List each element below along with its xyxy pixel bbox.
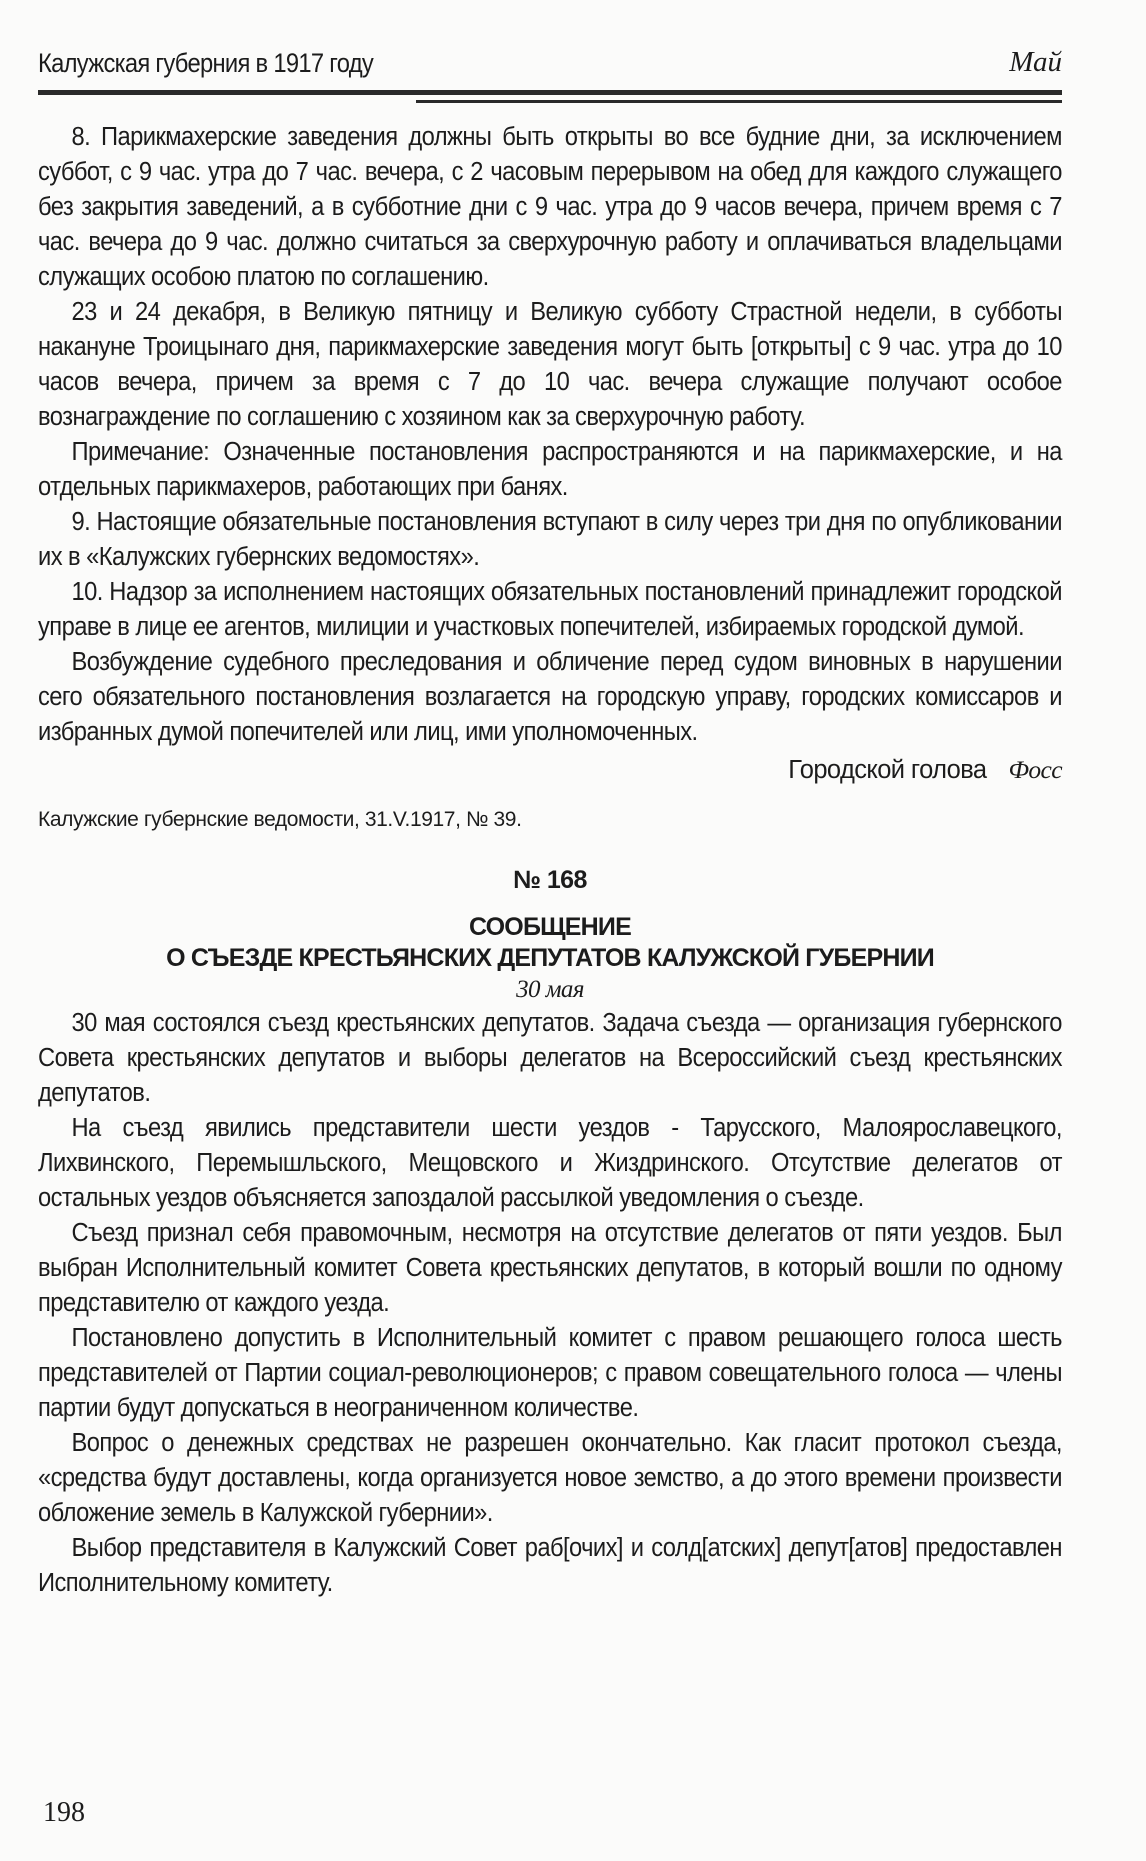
document-title-line2: О СЪЕЗДЕ КРЕСТЬЯНСКИХ ДЕПУТАТОВ КАЛУЖСКО… (38, 943, 1062, 974)
paragraph: 23 и 24 декабря, в Великую пятницу и Вел… (38, 295, 1062, 435)
header-rule-thin (416, 100, 1062, 103)
body-text: 8. Парикмахерские заведения должны быть … (38, 120, 1062, 1601)
paragraph: 8. Парикмахерские заведения должны быть … (38, 120, 1062, 295)
paragraph: Возбуждение судебного преследования и об… (38, 645, 1062, 750)
book-page: Калужская губерния в 1917 году Май 8. Па… (38, 0, 1062, 1861)
signature-name: Фосс (1009, 755, 1063, 784)
signature: Городской головаФосс (38, 750, 1062, 788)
document-title-line1: СООБЩЕНИЕ (38, 912, 1062, 943)
document-number: № 168 (38, 863, 1062, 898)
paragraph: Вопрос о денежных средствах не разрешен … (38, 1426, 1062, 1531)
running-head-month: Май (1009, 46, 1062, 79)
paragraph: Съезд признал себя правомочным, несмотря… (38, 1216, 1062, 1321)
signature-title: Городской голова (788, 756, 986, 784)
paragraph: На съезд явились представители шести уез… (38, 1111, 1062, 1216)
source-citation: Калужские губернские ведомости, 31.V.191… (38, 802, 1062, 837)
document-date: 30 мая (38, 974, 1062, 1006)
running-head: Калужская губерния в 1917 году Май (38, 48, 1062, 88)
running-head-title: Калужская губерния в 1917 году (38, 48, 373, 79)
page-number: 198 (43, 1797, 85, 1829)
paragraph: 10. Надзор за исполнением настоящих обяз… (38, 575, 1062, 645)
header-rule-thick (38, 90, 1062, 95)
paragraph: Выбор представителя в Калужский Совет ра… (38, 1531, 1062, 1601)
paragraph: 30 мая состоялся съезд крестьянских депу… (38, 1006, 1062, 1111)
document-title: СООБЩЕНИЕ О СЪЕЗДЕ КРЕСТЬЯНСКИХ ДЕПУТАТО… (38, 912, 1062, 974)
paragraph: 9. Настоящие обязательные постановления … (38, 505, 1062, 575)
paragraph: Постановлено допустить в Исполнительный … (38, 1321, 1062, 1426)
paragraph: Примечание: Означенные постановления рас… (38, 435, 1062, 505)
